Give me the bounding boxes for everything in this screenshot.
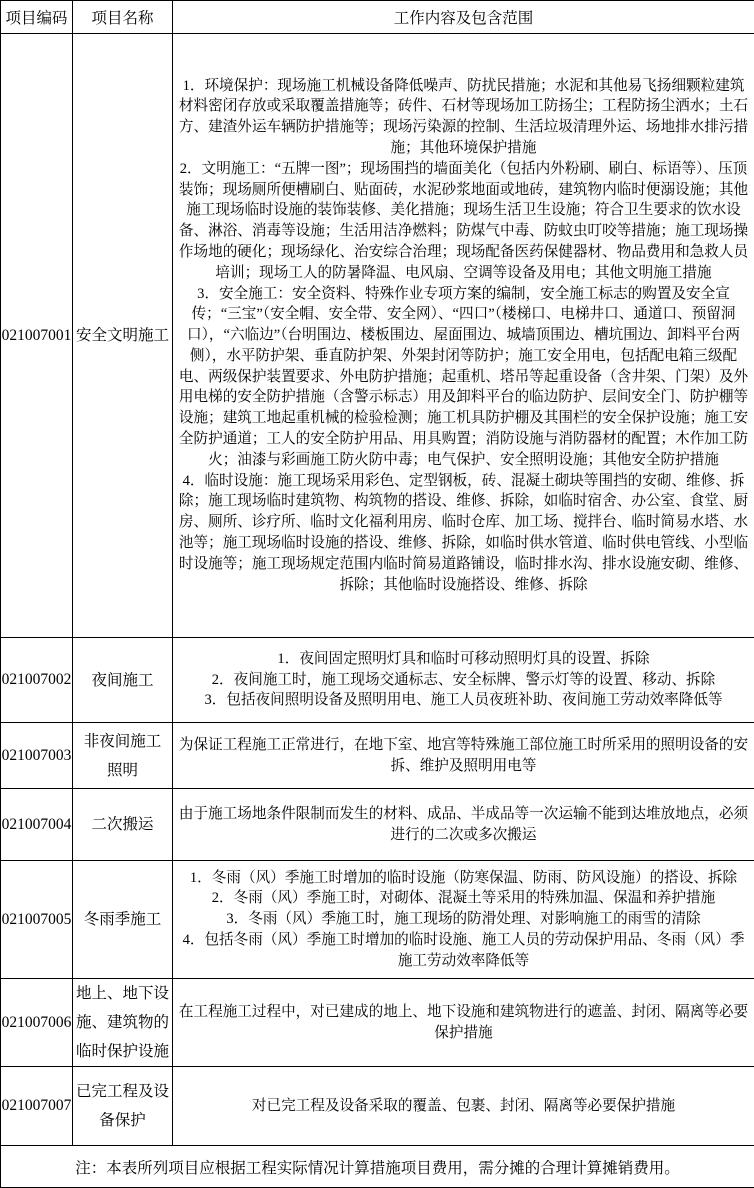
project-code-cell: 021007003 [1, 723, 73, 789]
project-code-cell: 021007005 [1, 861, 73, 979]
work-content-cell: 为保证工程施工正常进行，在地下室、地宫等特殊施工部位施工时所采用的照明设备的安拆… [173, 723, 754, 789]
table-note: 注：本表所列项目应根据工程实际情况计算措施项目费用，需分摊的合理计算摊销费用。 [1, 1146, 754, 1188]
project-name-cell: 地上、地下设 施、建筑物的 临时保护设施 [73, 979, 173, 1067]
table-row: 021007006 地上、地下设 施、建筑物的 临时保护设施 在工程施工过程中，… [1, 979, 754, 1067]
work-content-cell: 1．夜间固定照明灯具和临时可移动照明灯具的设置、拆除 2．夜间施工时，施工现场交… [173, 638, 754, 723]
work-content-cell: 1．环境保护：现场施工机械设备降低噪声、防扰民措施；水泥和其他易飞扬细颗粒建筑材… [173, 34, 754, 638]
table-row: 021007005 冬雨季施工 1．冬雨（风）季施工时增加的临时设施（防寒保温、… [1, 861, 754, 979]
measure-items-table: 项目编码 项目名称 工作内容及包含范围 021007001 安全文明施工 1．环… [0, 0, 754, 1188]
work-content-cell: 对已完工程及设备采取的覆盖、包裹、封闭、隔离等必要保护措施 [173, 1067, 754, 1146]
table-row: 021007001 安全文明施工 1．环境保护：现场施工机械设备降低噪声、防扰民… [1, 34, 754, 638]
project-name-cell: 已完工程及设 备保护 [73, 1067, 173, 1146]
table-footer: 注：本表所列项目应根据工程实际情况计算措施项目费用，需分摊的合理计算摊销费用。 [1, 1146, 754, 1188]
project-name-cell: 二次搬运 [73, 789, 173, 861]
work-content-cell: 由于施工场地条件限制而发生的材料、成品、半成品等一次运输不能到达堆放地点，必须进… [173, 789, 754, 861]
project-name-cell: 冬雨季施工 [73, 861, 173, 979]
table-row: 021007003 非夜间施工 照明 为保证工程施工正常进行，在地下室、地宫等特… [1, 723, 754, 789]
table-body: 021007001 安全文明施工 1．环境保护：现场施工机械设备降低噪声、防扰民… [1, 34, 754, 1146]
work-content-cell: 1．冬雨（风）季施工时增加的临时设施（防寒保温、防雨、防风设施）的搭设、拆除 2… [173, 861, 754, 979]
project-code-cell: 021007002 [1, 638, 73, 723]
table-row: 021007004 二次搬运 由于施工场地条件限制而发生的材料、成品、半成品等一… [1, 789, 754, 861]
table-row: 021007002 夜间施工 1．夜间固定照明灯具和临时可移动照明灯具的设置、拆… [1, 638, 754, 723]
header-project-name: 项目名称 [73, 1, 173, 34]
header-work-content: 工作内容及包含范围 [173, 1, 754, 34]
project-code-cell: 021007001 [1, 34, 73, 638]
header-project-code: 项目编码 [1, 1, 73, 34]
work-content-cell: 在工程施工过程中，对已建成的地上、地下设施和建筑物进行的遮盖、封闭、隔离等必要保… [173, 979, 754, 1067]
project-name-cell: 非夜间施工 照明 [73, 723, 173, 789]
project-code-cell: 021007007 [1, 1067, 73, 1146]
project-code-cell: 021007006 [1, 979, 73, 1067]
project-name-cell: 安全文明施工 [73, 34, 173, 638]
header-row: 项目编码 项目名称 工作内容及包含范围 [1, 1, 754, 34]
project-code-cell: 021007004 [1, 789, 73, 861]
table-row: 021007007 已完工程及设 备保护 对已完工程及设备采取的覆盖、包裹、封闭… [1, 1067, 754, 1146]
project-name-cell: 夜间施工 [73, 638, 173, 723]
note-row: 注：本表所列项目应根据工程实际情况计算措施项目费用，需分摊的合理计算摊销费用。 [1, 1146, 754, 1188]
table-header: 项目编码 项目名称 工作内容及包含范围 [1, 1, 754, 34]
